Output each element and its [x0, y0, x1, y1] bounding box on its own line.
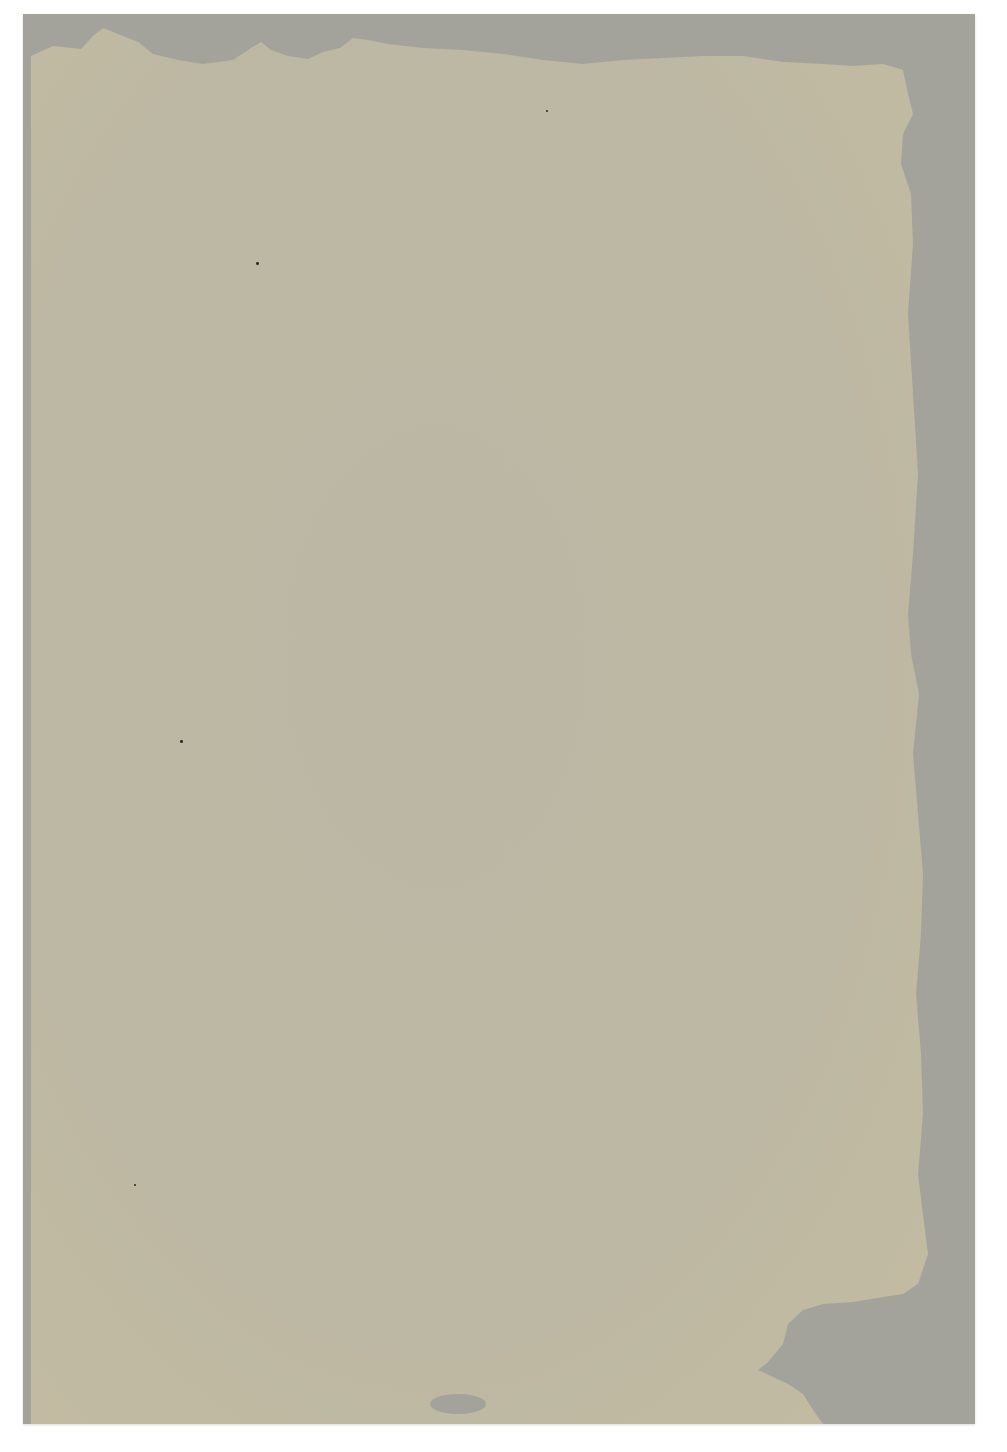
paper-sheet [23, 14, 975, 1424]
paper-speck [546, 110, 548, 112]
paper-speck [256, 262, 259, 265]
paper-surface [23, 14, 975, 1424]
paper-speck [134, 1184, 136, 1186]
paper-speck [180, 740, 183, 743]
